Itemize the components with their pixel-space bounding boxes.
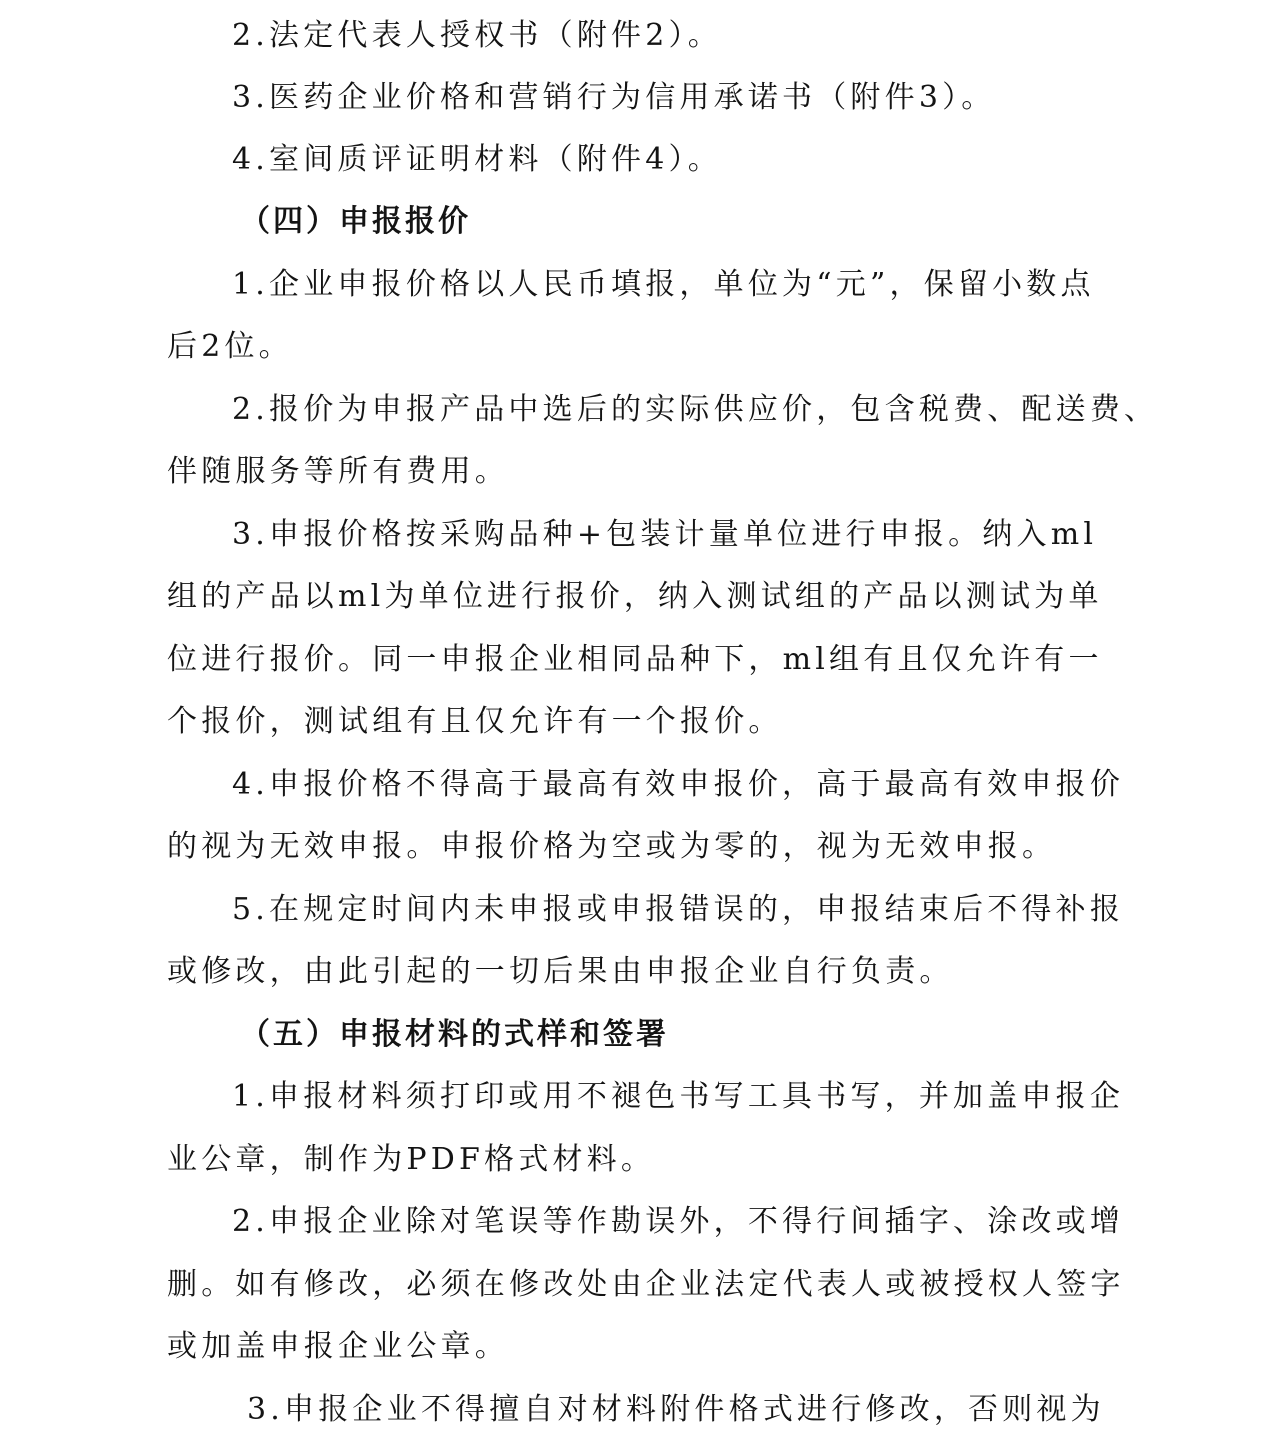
paragraph-line: 删。如有修改，必须在修改处由企业法定代表人或被授权人签字 <box>167 1265 1125 1305</box>
list-item-attachment-4: 4.室间质评证明材料（附件4）。 <box>232 140 722 180</box>
list-item-attachment-2: 2.法定代表人授权书（附件2）。 <box>232 16 722 56</box>
paragraph-line: 的视为无效申报。申报价格为空或为零的，视为无效申报。 <box>167 827 1056 867</box>
paragraph-line: 伴随服务等所有费用。 <box>167 452 509 492</box>
paragraph-line: 个报价，测试组有且仅允许有一个报价。 <box>167 702 783 742</box>
paragraph-line: 1.企业申报价格以人民币填报，单位为“元”，保留小数点 <box>232 265 1095 305</box>
paragraph-line: 位进行报价。同一申报企业相同品种下，ml组有且仅允许有一 <box>167 640 1103 680</box>
paragraph-line: 2.申报企业除对笔误等作勘误外，不得行间插字、涂改或增 <box>232 1202 1124 1242</box>
paragraph-line: 组的产品以ml为单位进行报价，纳入测试组的产品以测试为单 <box>167 577 1103 617</box>
paragraph-line: 4.申报价格不得高于最高有效申报价，高于最高有效申报价 <box>232 765 1124 805</box>
paragraph-line: 业公章，制作为PDF格式材料。 <box>167 1140 655 1180</box>
section-heading-5: （五）申报材料的式样和签署 <box>240 1015 669 1055</box>
paragraph-line: 1.申报材料须打印或用不褪色书写工具书写，并加盖申报企 <box>232 1077 1124 1117</box>
paragraph-line: 5.在规定时间内未申报或申报错误的，申报结束后不得补报 <box>232 890 1124 930</box>
paragraph-line: 2.报价为申报产品中选后的实际供应价，包含税费、配送费、 <box>232 390 1158 430</box>
paragraph-line: 3.申报价格按采购品种+包装计量单位进行申报。纳入ml <box>232 515 1097 555</box>
list-item-attachment-3: 3.医药企业价格和营销行为信用承诺书（附件3）。 <box>232 78 996 118</box>
paragraph-line: 后2位。 <box>167 327 293 367</box>
paragraph-line: 或加盖申报企业公章。 <box>167 1327 509 1367</box>
paragraph-line: 或修改，由此引起的一切后果由申报企业自行负责。 <box>167 952 954 992</box>
paragraph-line: 3.申报企业不得擅自对材料附件格式进行修改，否则视为 <box>247 1390 1105 1430</box>
section-heading-4: （四）申报报价 <box>240 202 471 242</box>
